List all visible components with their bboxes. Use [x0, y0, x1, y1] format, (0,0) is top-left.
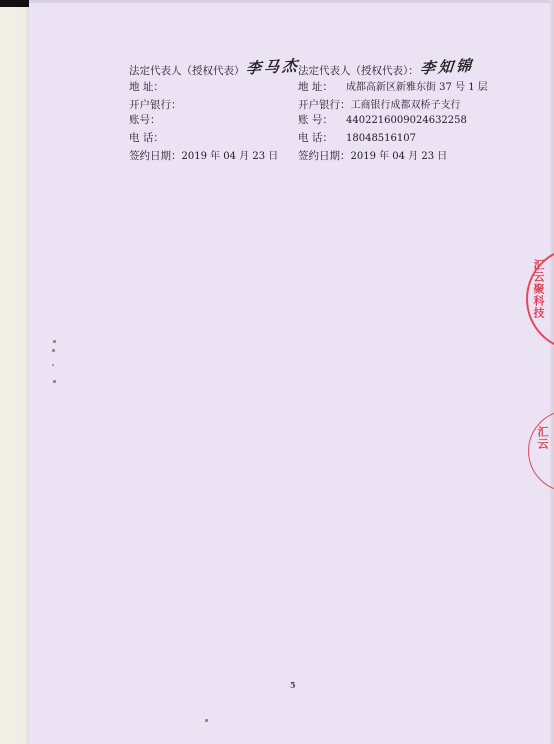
- right-shadow: [550, 0, 554, 744]
- party-b-address-label: 地 址：: [298, 80, 346, 95]
- party-a-address-label: 地 址：: [129, 80, 177, 95]
- party-b-bank-value: 工商银行成都双桥子支行: [351, 98, 461, 113]
- party-b-rep-label: 法定代表人（授权代表）：: [298, 64, 419, 79]
- party-b-date-label: 签约日期：: [298, 149, 351, 164]
- party-b-signature: 李知锦: [419, 59, 474, 77]
- party-a-phone-row: 电 话：: [129, 131, 294, 146]
- party-a-account-row: 账号：: [129, 113, 294, 128]
- scan-margin: [0, 0, 29, 744]
- seal-text-lower: 汇云: [534, 426, 550, 450]
- party-b-account-value: 4402216009024632258: [346, 113, 467, 128]
- address-label-char: 地: [129, 81, 140, 93]
- scan-speck: [205, 719, 208, 722]
- account-label-char: 账: [298, 114, 309, 126]
- company-seal-lower: 汇云: [516, 410, 554, 495]
- party-b-block: 法定代表人（授权代表）： 李知锦 地 址： 成都高新区新雅东街 37 号 1 层…: [298, 62, 503, 164]
- top-shadow: [29, 0, 554, 3]
- party-a-block: 法定代表人（授权代表） 李马杰 地 址： 开户银行： 账号： 电 话： 签约: [129, 62, 294, 164]
- party-b-address-row: 地 址： 成都高新区新雅东街 37 号 1 层: [298, 80, 503, 95]
- account-label-char: 号：: [312, 114, 333, 126]
- scan-speck: [53, 380, 56, 383]
- scan-speck: [52, 349, 55, 352]
- party-b-phone-row: 电 话： 18048516107: [298, 131, 503, 146]
- party-b-bank-row: 开户银行： 工商银行成都双桥子支行: [298, 98, 503, 113]
- party-a-date-value: 2019 年 04 月 23 日: [182, 149, 279, 164]
- party-b-date-value: 2019 年 04 月 23 日: [351, 149, 448, 164]
- address-label-char: 址：: [312, 81, 333, 93]
- scan-speck: [53, 340, 56, 343]
- party-b-rep-row: 法定代表人（授权代表）： 李知锦: [298, 62, 503, 77]
- page-number: 5: [290, 680, 296, 690]
- party-b-bank-label: 开户银行：: [298, 98, 351, 113]
- party-b-address-value: 成都高新区新雅东街 37 号 1 层: [346, 80, 488, 95]
- phone-label-char: 电: [298, 132, 309, 144]
- scan-edge-bar: [0, 0, 29, 7]
- contract-page: 法定代表人（授权代表） 李马杰 地 址： 开户银行： 账号： 电 话： 签约: [0, 0, 554, 744]
- party-a-date-row: 签约日期： 2019 年 04 月 23 日: [129, 149, 294, 164]
- company-seal-upper: 汇云聚科技: [516, 245, 554, 355]
- phone-label-char: 电: [129, 132, 140, 144]
- party-a-rep-label: 法定代表人（授权代表）: [129, 64, 245, 79]
- party-b-phone-value: 18048516107: [346, 131, 416, 146]
- party-b-date-row: 签约日期： 2019 年 04 月 23 日: [298, 149, 503, 164]
- address-label-char: 址：: [143, 81, 164, 93]
- party-a-rep-row: 法定代表人（授权代表） 李马杰: [129, 62, 294, 77]
- party-a-phone-label: 电 话：: [129, 131, 177, 146]
- party-b-account-label: 账 号：: [298, 113, 346, 128]
- party-a-bank-label: 开户银行：: [129, 98, 182, 113]
- party-a-bank-row: 开户银行：: [129, 98, 294, 113]
- party-a-date-label: 签约日期：: [129, 149, 182, 164]
- phone-label-char: 话：: [312, 132, 333, 144]
- scan-speck: [52, 364, 54, 366]
- seal-ring-icon: [528, 410, 554, 492]
- seal-text-upper: 汇云聚科技: [530, 259, 546, 319]
- phone-label-char: 话：: [143, 132, 164, 144]
- party-a-address-row: 地 址：: [129, 80, 294, 95]
- party-a-account-label: 账号：: [129, 113, 161, 128]
- party-b-phone-label: 电 话：: [298, 131, 346, 146]
- address-label-char: 地: [298, 81, 309, 93]
- party-b-account-row: 账 号： 4402216009024632258: [298, 113, 503, 128]
- party-a-signature: 李马杰: [245, 59, 300, 77]
